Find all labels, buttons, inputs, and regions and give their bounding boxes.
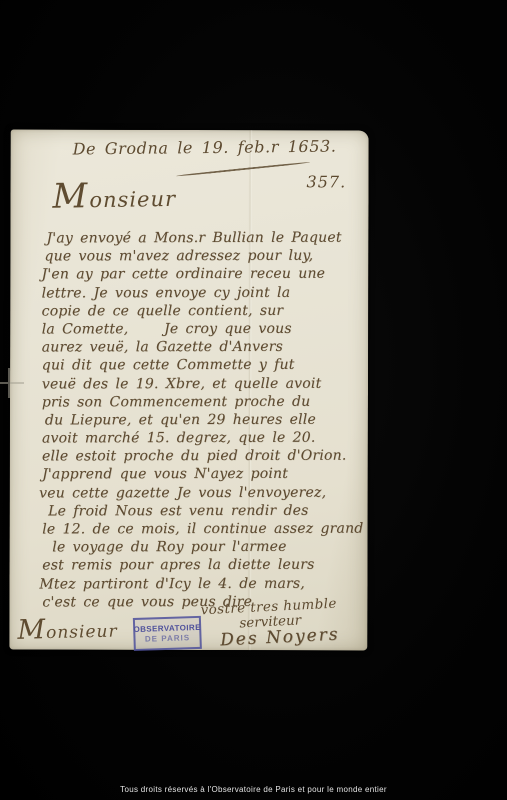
valediction: vostre tres humble serviteur Des Noyers xyxy=(200,594,367,651)
letter-line: pris son Commencement proche du xyxy=(42,392,364,411)
letter-line: le voyage du Roy pour l'armee xyxy=(52,538,364,557)
letter-line: le 12. de ce mois, il continue assez gra… xyxy=(42,520,364,539)
letter-line: J'apprend que vous N'ayez point xyxy=(42,465,364,484)
letter-line: qui dit que cette Commette y fut xyxy=(42,356,364,375)
dateline-flourish xyxy=(176,161,311,177)
letter-body: J'ay envoyé a Mons.r Bullian le Paquet q… xyxy=(39,229,364,612)
letter-line: que vous m'avez adressez pour luy, xyxy=(44,247,363,266)
letter-line: J'en ay par cette ordinaire receu une xyxy=(42,265,364,284)
stamp-line-2: DE PARIS xyxy=(145,633,191,644)
letter-line: la Comette, Je croy que vous xyxy=(42,320,364,339)
letter-line: J'ay envoyé a Mons.r Bullian le Paquet xyxy=(46,229,363,248)
closing-address: Monsieur xyxy=(17,613,118,646)
letter-line: veuë des le 19. Xbre, et quelle avoit xyxy=(42,374,364,393)
registration-cross-mark xyxy=(0,368,24,398)
letter-line: Mtez partiront d'Icy le 4. de mars, xyxy=(39,574,364,593)
letter-line: aurez veuë, la Gazette d'Anvers xyxy=(42,338,364,357)
letter-line: elle estoit proche du pied droit d'Orion… xyxy=(42,447,364,466)
letter-line: Le froid Nous est venu rendir des xyxy=(48,501,364,520)
letter-line: est remis pour apres la diette leurs xyxy=(42,556,364,575)
letter-page: De Grodna le 19. feb.r 1653. 357. Monsie… xyxy=(9,130,368,651)
photo-background: De Grodna le 19. feb.r 1653. 357. Monsie… xyxy=(0,0,507,800)
salutation: Monsieur xyxy=(52,175,176,217)
observatory-stamp: OBSERVATOIRE DE PARIS xyxy=(133,616,202,651)
letter-line: du Liepure, et qu'en 29 heures elle xyxy=(45,410,364,429)
letter-line: avoit marché 15. degrez, que le 20. xyxy=(42,429,364,448)
letter-line: veu cette gazette Je vous l'envoyerez, xyxy=(39,483,364,502)
copyright-caption: Tous droits réservés à l'Observatoire de… xyxy=(0,785,507,794)
letter-dateline: De Grodna le 19. feb.r 1653. xyxy=(73,137,337,159)
letter-line: lettre. Je vous envoye cy joint la xyxy=(42,283,364,302)
folio-number: 357. xyxy=(307,172,347,191)
letter-line: copie de ce quelle contient, sur xyxy=(42,301,364,320)
